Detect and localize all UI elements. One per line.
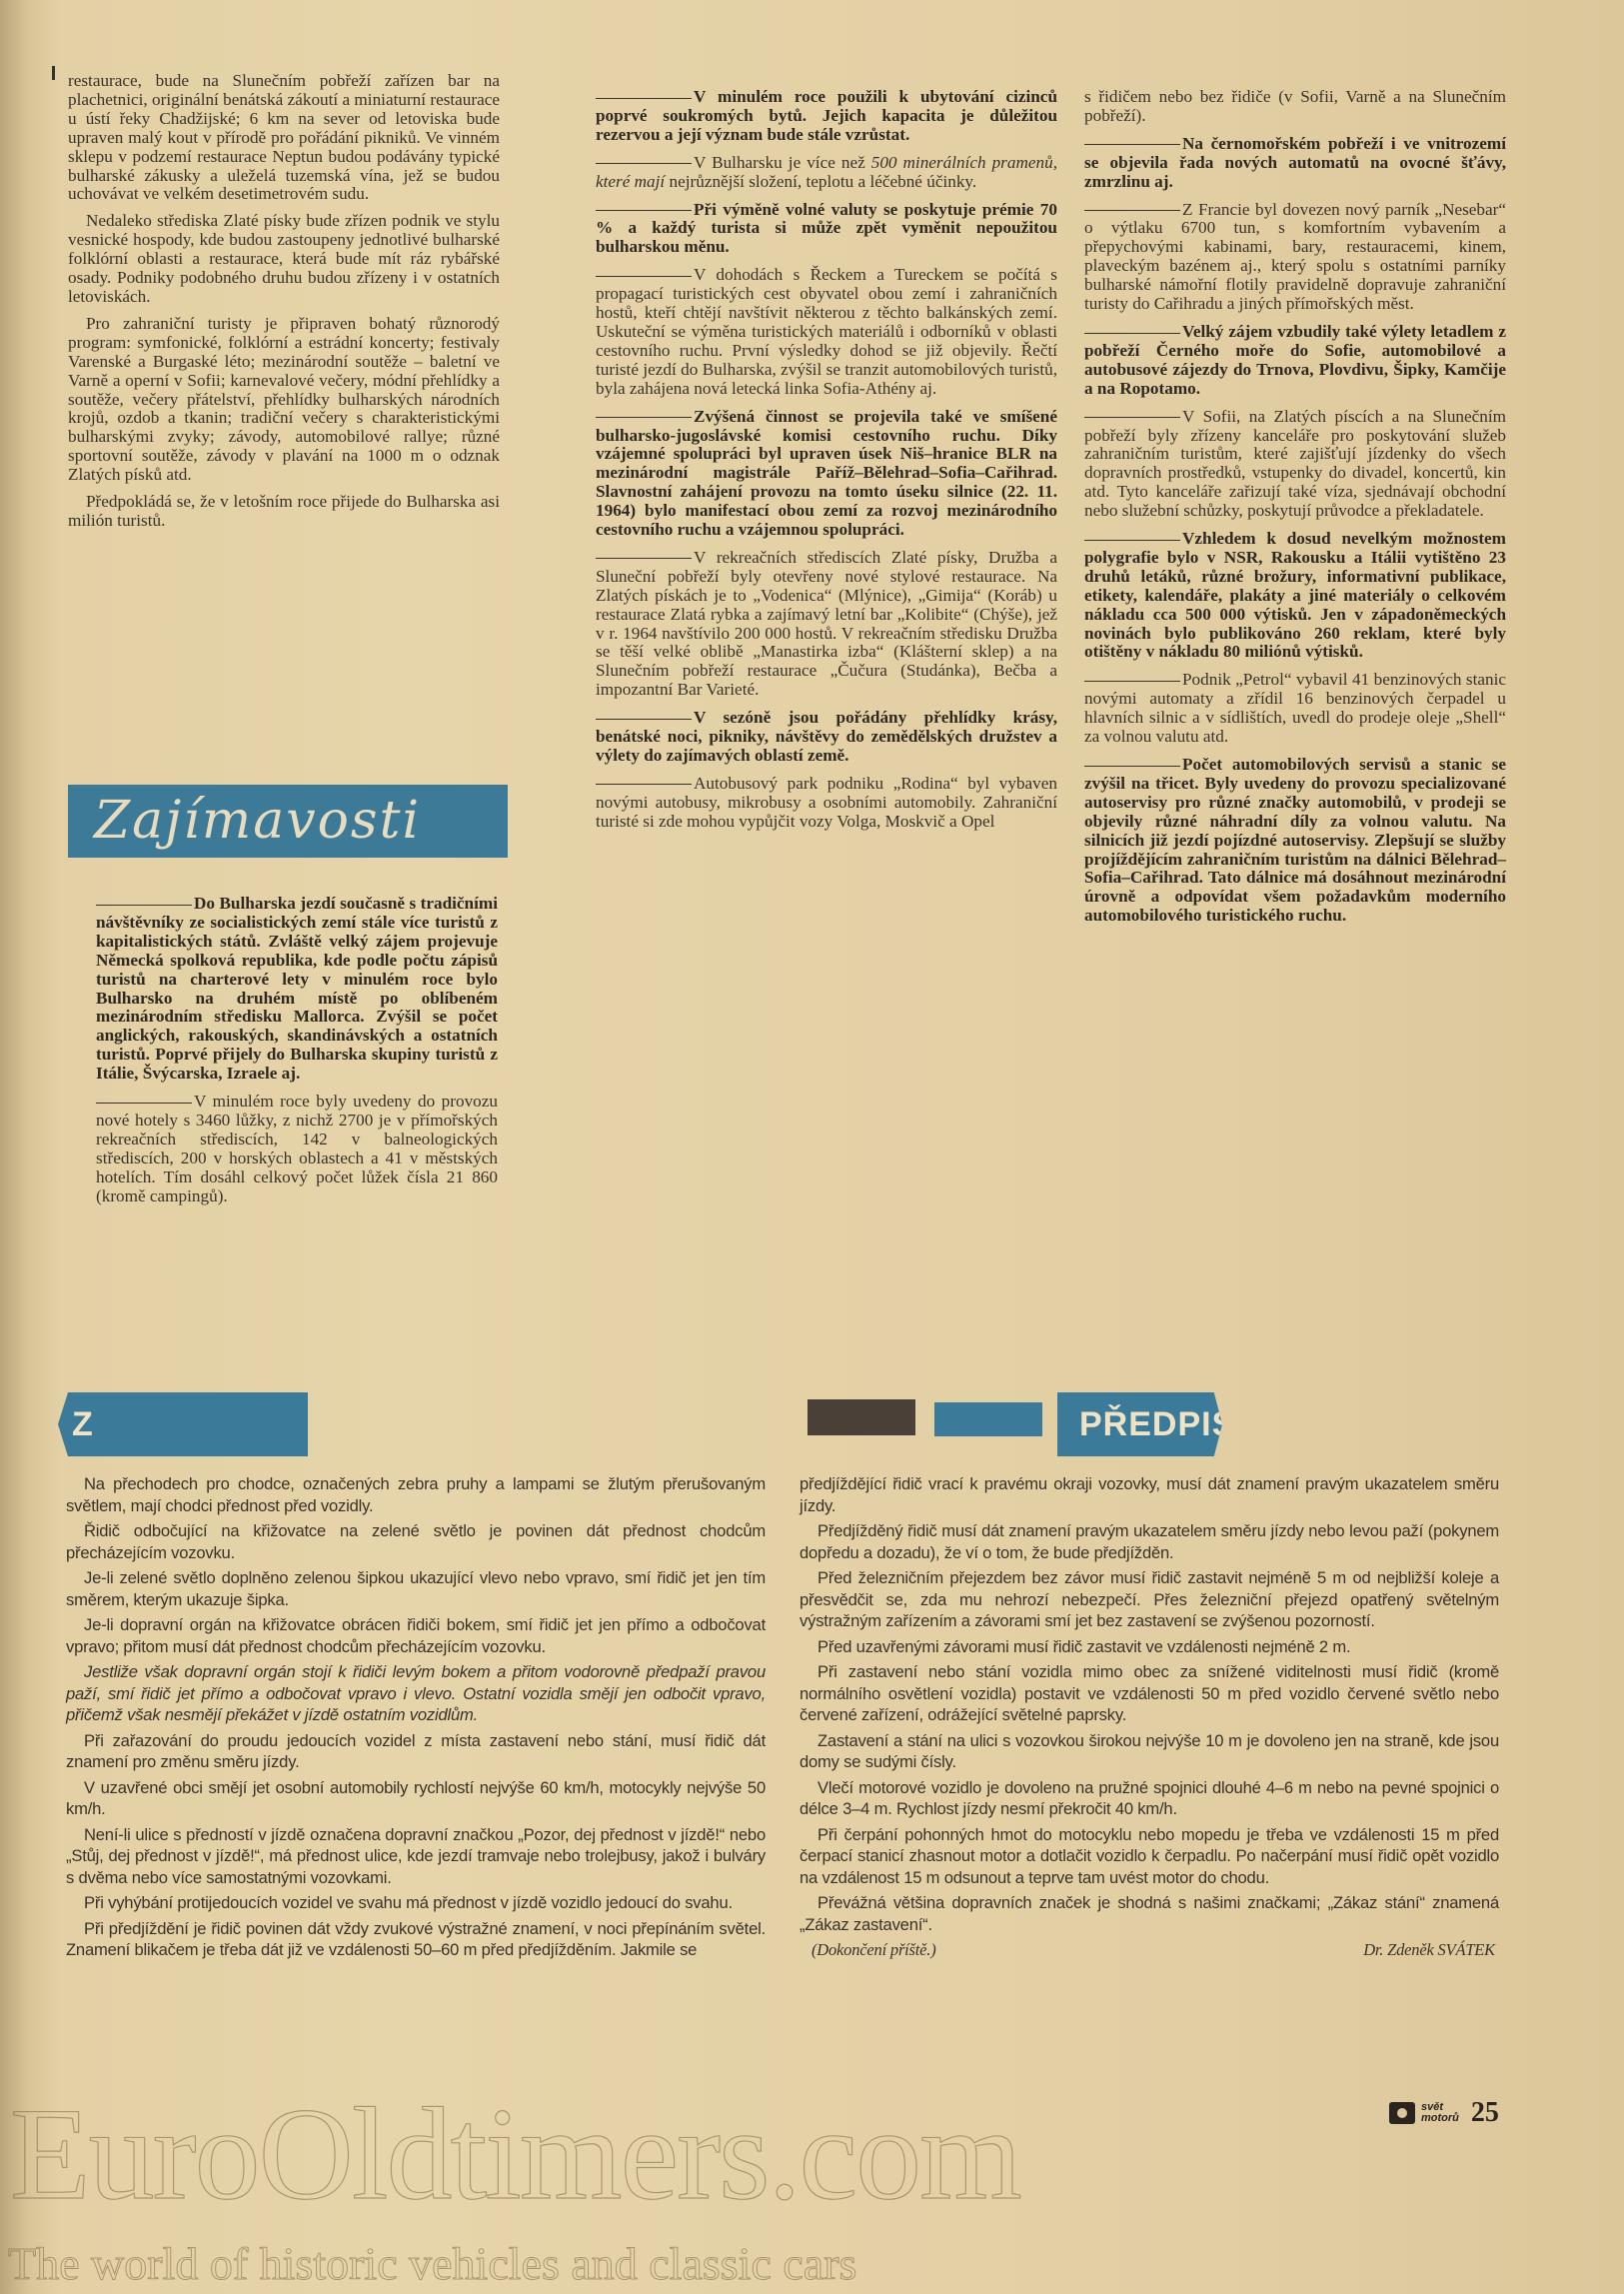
news-item: V rekreačních střediscích Zlaté písky, D…	[596, 549, 1057, 700]
watermark-title: EuroOldtimers.com	[10, 2084, 1020, 2224]
news-item: V sezóně jsou pořádány přehlídky krásy, …	[596, 709, 1057, 766]
news-item: Počet automobilových servisů a stanic se…	[1084, 756, 1506, 926]
rule-paragraph: Při čerpání pohonných hmot do motocyklu …	[800, 1824, 1499, 1889]
news-item: Zvýšená činnost se projevila také ve smí…	[596, 408, 1057, 540]
paragraph: restaurace, bude na Slunečním pobřeží za…	[68, 72, 500, 204]
rule-paragraph: Převážná většina dopravních značek je sh…	[800, 1892, 1499, 1935]
news-item: V dohodách s Řeckem a Tureckem se počítá…	[596, 266, 1057, 398]
header-bar-blue	[934, 1402, 1042, 1436]
rule-paragraph: Na přechodech pro chodce, označených zeb…	[66, 1473, 766, 1516]
middle-column: V minulém roce použili k ubytování cizin…	[596, 88, 1057, 841]
rule-paragraph: Je-li dopravní orgán na křižovatce obrác…	[66, 1614, 766, 1657]
rule-paragraph: V uzavřené obci smějí jet osobní automob…	[66, 1777, 766, 1820]
svet-motoru-logo-icon	[1389, 2102, 1415, 2124]
rule-paragraph: Před uzavřenými závorami musí řidič zast…	[800, 1636, 1499, 1658]
news-item: V Bulharsku je více než 500 minerálních …	[596, 154, 1057, 192]
rule-paragraph: Předjížděný řidič musí dát znamení pravý…	[800, 1520, 1499, 1563]
magazine-footer: svět motorů 25	[1389, 2097, 1499, 2129]
news-item: Velký zájem vzbudily také výlety letadle…	[1084, 323, 1506, 399]
traffic-banner-right: PŘEDPISŮ	[1057, 1392, 1222, 1456]
news-item: Do Bulharska jezdí současně s tradičními…	[96, 895, 498, 1084]
rule-paragraph: Před železničním přejezdem bez závor mus…	[800, 1567, 1499, 1632]
right-column: s řidičem nebo bez řidiče (v Sofii, Varn…	[1084, 88, 1506, 935]
rule-paragraph: Zastavení a stání na ulici s vozovkou ši…	[800, 1730, 1499, 1773]
rule-paragraph: Při zastavení nebo stání vozidla mimo ob…	[800, 1661, 1499, 1726]
item-dash	[96, 1103, 192, 1104]
traffic-right-column: předjíždějící řidič vrací k pravému okra…	[800, 1473, 1499, 1961]
rule-paragraph: Řidič odbočující na křižovatce na zelené…	[66, 1520, 766, 1563]
left-column-article: restaurace, bude na Slunečním pobřeží za…	[68, 72, 500, 539]
rule-paragraph: Vlečí motorové vozidlo je dovoleno na pr…	[800, 1777, 1499, 1820]
news-item: Na černomořském pobřeží i ve vnitrozemí …	[1084, 135, 1506, 192]
page-number: 25	[1471, 2097, 1499, 2129]
news-item: Podnik „Petrol“ vybavil 41 benzinových s…	[1084, 671, 1506, 747]
news-item: Z Francie byl dovezen nový parník „Neseb…	[1084, 201, 1506, 314]
traffic-banner-left: Z DOPRAVNÍCH	[58, 1392, 308, 1456]
rule-paragraph: Při předjíždění je řidič povinen dát vžd…	[66, 1918, 766, 1961]
zajimavosti-items: Do Bulharska jezdí současně s tradičními…	[96, 895, 498, 1215]
paragraph: Pro zahraniční turisty je připraven boha…	[68, 315, 500, 485]
item-dash	[96, 905, 192, 906]
continuation-text: s řidičem nebo bez řidiče (v Sofii, Varn…	[1084, 88, 1506, 126]
rule-paragraph: Není-li ulice s předností v jízdě označe…	[66, 1824, 766, 1889]
continued-note: (Dokončení příště.)	[800, 1939, 936, 1961]
magazine-name: svět motorů	[1421, 2102, 1459, 2124]
news-item: V minulém roce použili k ubytování cizin…	[596, 88, 1057, 145]
rule-paragraph: Je-li zelené světlo doplněno zelenou šip…	[66, 1567, 766, 1610]
news-item: Autobusový park podniku „Rodina“ byl vyb…	[596, 775, 1057, 832]
news-item: V Sofii, na Zlatých píscích a na Slunečn…	[1084, 408, 1506, 521]
rule-paragraph: Při vyhýbání protijedoucích vozidel ve s…	[66, 1892, 766, 1914]
author-signature: Dr. Zdeněk SVÁTEK	[1363, 1939, 1499, 1961]
watermark-tagline: The world of historic vehicles and class…	[8, 2239, 856, 2289]
traffic-left-column: Na přechodech pro chodce, označených zeb…	[66, 1473, 766, 1965]
rule-paragraph: Při zařazování do proudu jedoucích vozid…	[66, 1730, 766, 1773]
header-bar-dark	[808, 1399, 915, 1435]
paragraph: Předpokládá se, že v letošním roce přije…	[68, 493, 500, 531]
rule-paragraph: předjíždějící řidič vrací k pravému okra…	[800, 1473, 1499, 1516]
margin-mark	[52, 66, 55, 80]
paragraph: Nedaleko střediska Zlaté písky bude zříz…	[68, 212, 500, 307]
news-item: Vzhledem k dosud nevelkým možnostem poly…	[1084, 530, 1506, 662]
zajimavosti-banner: Zajímavosti	[68, 785, 508, 858]
news-item: Při výměně volné valuty se poskytuje pré…	[596, 201, 1057, 258]
signature-row: (Dokončení příště.) Dr. Zdeněk SVÁTEK	[800, 1939, 1499, 1961]
news-item: V minulém roce byly uvedeny do provozu n…	[96, 1093, 498, 1205]
rule-paragraph: Jestliže však dopravní orgán stojí k řid…	[66, 1661, 766, 1726]
